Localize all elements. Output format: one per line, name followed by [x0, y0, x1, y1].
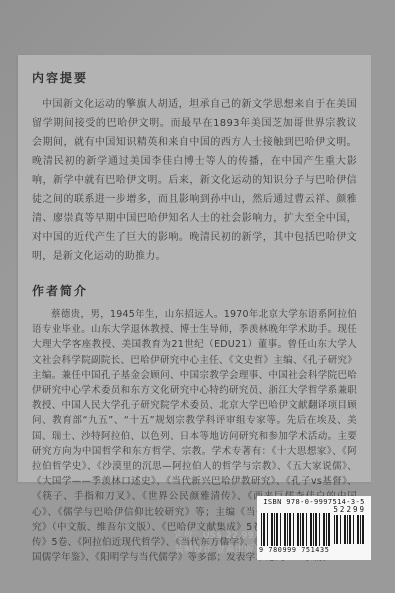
author-heading: 作者简介 — [32, 282, 357, 299]
ean13-digits-label: 9 780999 751435 — [259, 546, 333, 554]
ean13-barcode-bars — [261, 513, 331, 546]
price-supplement-code: 52299 — [333, 505, 366, 514]
supplement-barcode-bars — [334, 515, 366, 544]
summary-text: 中国新文化运动的擎旗人胡适，坦承自己的新文学思想来自于在美国留学期间接受的巴哈伊… — [32, 95, 357, 266]
design-credit-label: 装帧设计 壹嘉出版 — [134, 543, 254, 557]
price-block: 定价：US$ 22.99 装帧设计 壹嘉出版 — [134, 529, 254, 557]
isbn-barcode: ISBN 978-0-9997514-3-5 52299 9 780999 75… — [257, 496, 371, 560]
book-back-cover: 内容提要 中国新文化运动的擎旗人胡适，坦承自己的新文学思想来自于在美国留学期间接… — [0, 0, 395, 593]
summary-heading: 内容提要 — [32, 69, 357, 86]
price-label: 定价：US$ 22.99 — [134, 529, 254, 543]
blurb-panel: 内容提要 中国新文化运动的擎旗人胡适，坦承自己的新文学思想来自于在美国留学期间接… — [18, 55, 371, 482]
